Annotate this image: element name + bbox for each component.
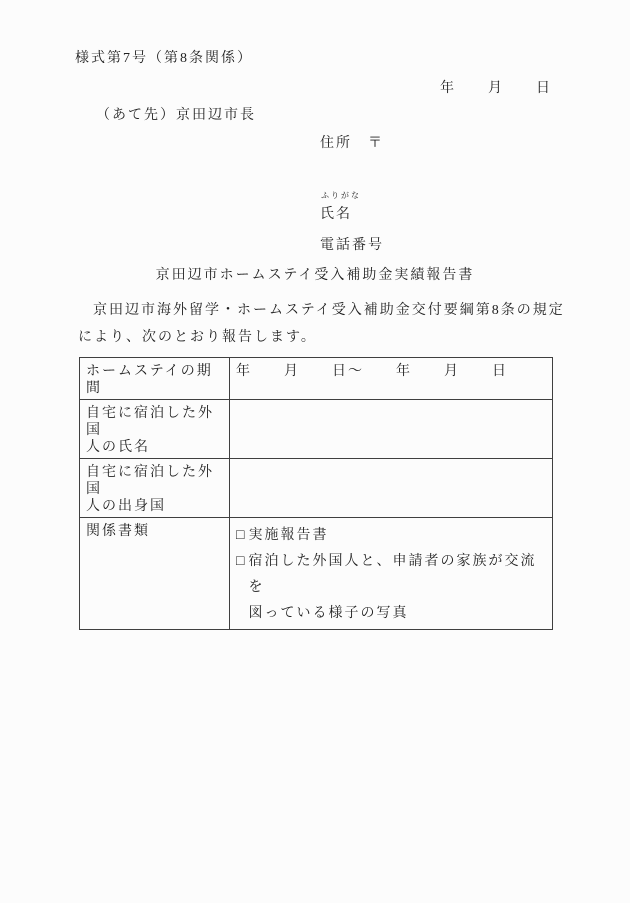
report-table: ホームステイの期間 年 月 日～ 年 月 日 自宅に宿泊した外国 人の氏名 自宅… xyxy=(79,357,553,630)
body-paragraph: 京田辺市海外留学・ホームステイ受入補助金交付要綱第8条の規定 により、次のとおり… xyxy=(78,297,578,351)
cell-guest-country-value xyxy=(230,459,553,518)
checkbox-icon: □ xyxy=(236,523,246,549)
checkbox-icon: □ xyxy=(236,549,246,575)
cell-homestay-period-value: 年 月 日～ 年 月 日 xyxy=(230,358,553,400)
document-title: 京田辺市ホームステイ受入補助金実績報告書 xyxy=(0,267,630,284)
form-number: 様式第7号（第8条関係） xyxy=(75,50,253,67)
addressee-line: （あて先）京田辺市長 xyxy=(96,107,256,124)
cell-documents-label: 関係書類 xyxy=(80,518,230,630)
document-page: 様式第7号（第8条関係） 年 月 日 （あて先）京田辺市長 住所 〒 ふりがな … xyxy=(0,0,630,903)
phone-label: 電話番号 xyxy=(320,237,384,254)
body-line-1: 京田辺市海外留学・ホームステイ受入補助金交付要綱第8条の規定 xyxy=(78,297,578,324)
checkbox-exchange-photo: □ 宿泊した外国人と、申請者の家族が交流を 図っている様子の写真 xyxy=(236,549,546,627)
table-row: 関係書類 □ 実施報告書 □ 宿泊した外国人と、申請者の家族が交流を 図っている… xyxy=(80,518,553,630)
cell-homestay-period-label: ホームステイの期間 xyxy=(80,358,230,400)
furigana-label: ふりがな xyxy=(321,191,361,201)
checkbox-label: 宿泊した外国人と、申請者の家族が交流を 図っている様子の写真 xyxy=(248,549,546,627)
table-row: ホームステイの期間 年 月 日～ 年 月 日 xyxy=(80,358,553,400)
body-line-2: により、次のとおり報告します。 xyxy=(78,324,578,351)
table-row: 自宅に宿泊した外国 人の氏名 xyxy=(80,400,553,459)
cell-documents-value: □ 実施報告書 □ 宿泊した外国人と、申請者の家族が交流を 図っている様子の写真 xyxy=(230,518,553,630)
table-row: 自宅に宿泊した外国 人の出身国 xyxy=(80,459,553,518)
address-label: 住所 〒 xyxy=(320,135,384,152)
cell-guest-name-label: 自宅に宿泊した外国 人の氏名 xyxy=(80,400,230,459)
checkbox-label: 実施報告書 xyxy=(248,523,328,549)
checkbox-implementation-report: □ 実施報告書 xyxy=(236,523,546,549)
report-date-blank: 年 月 日 xyxy=(440,80,552,97)
cell-guest-country-label: 自宅に宿泊した外国 人の出身国 xyxy=(80,459,230,518)
name-label: 氏名 xyxy=(320,206,352,223)
cell-guest-name-value xyxy=(230,400,553,459)
